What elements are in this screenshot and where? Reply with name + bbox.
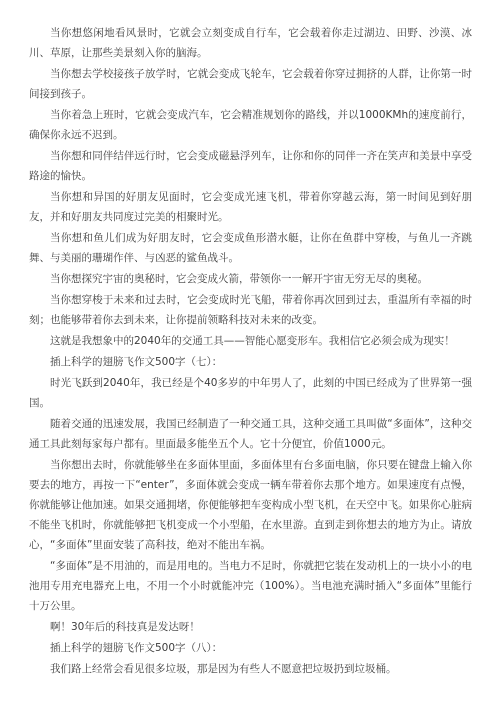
- paragraph: 当你想穿梭于未来和过去时，它会变成时光飞船，带着你再次回到过去，重温所有幸福的时…: [29, 290, 472, 330]
- essay-body: 当你想悠闲地看风景时，它就会立刻变成自行车，它会载着你走过湖边、田野、沙漠、冰川…: [29, 23, 472, 679]
- paragraph: 当你想探究宇宙的奥秘时，它会变成火箭，带领你一一解开宇宙无穷无尽的奥秘。: [29, 269, 472, 289]
- paragraph: 当你想去学校接孩子放学时，它就会变成飞轮车，它会载着你穿过拥挤的人群，让你第一时…: [29, 64, 472, 104]
- paragraph: 当你想出去时，你就能够坐在多面体里面，多面体里有台多面电脑，你只要在键盘上输入你…: [29, 455, 472, 555]
- paragraph: 当你想和异国的好朋友见面时，它会变成光速飞机，带着你穿越云海，第一时间见到好朋友…: [29, 187, 472, 227]
- paragraph: 插上科学的翅膀飞作文500字（七）：: [29, 352, 472, 372]
- paragraph: 插上科学的翅膀飞作文500字（八）：: [29, 638, 472, 658]
- paragraph: 当你着急上班时，它就会变成汽车，它会精准规划你的路线，并以1000KMh的速度前…: [29, 105, 472, 145]
- paragraph: 这就是我想象中的2040年的交通工具——智能心愿变形车。我相信它必须会成为现实！: [29, 331, 472, 351]
- paragraph: 随着交通的迅速发展，我国已经制造了一种交通工具，这种交通工具叫做“多面体”，这种…: [29, 414, 472, 454]
- paragraph: 当你想和鱼儿们成为好朋友时，它会变成鱼形潜水艇，让你在鱼群中穿梭，与鱼儿一齐跳舞…: [29, 228, 472, 268]
- paragraph: 时光飞跃到2040年，我已经是个40多岁的中年男人了，此刻的中国已经成为了世界第…: [29, 373, 472, 413]
- paragraph: 我们路上经常会看见很多垃圾，那是因为有些人不愿意把垃圾扔到垃圾桶。: [29, 659, 472, 679]
- document-page: 当你想悠闲地看风景时，它就会立刻变成自行车，它会载着你走过湖边、田野、沙漠、冰川…: [0, 0, 500, 707]
- paragraph: 当你想和同伴结伴远行时，它会变成磁悬浮列车，让你和你的同伴一齐在笑声和美景中享受…: [29, 146, 472, 186]
- paragraph: 当你想悠闲地看风景时，它就会立刻变成自行车，它会载着你走过湖边、田野、沙漠、冰川…: [29, 23, 472, 63]
- paragraph: 啊！30年后的科技真是发达呀！: [29, 617, 472, 637]
- paragraph: “多面体”是不用油的，而是用电的。当电力不足时，你就把它装在发动机上的一块小小的…: [29, 556, 472, 616]
